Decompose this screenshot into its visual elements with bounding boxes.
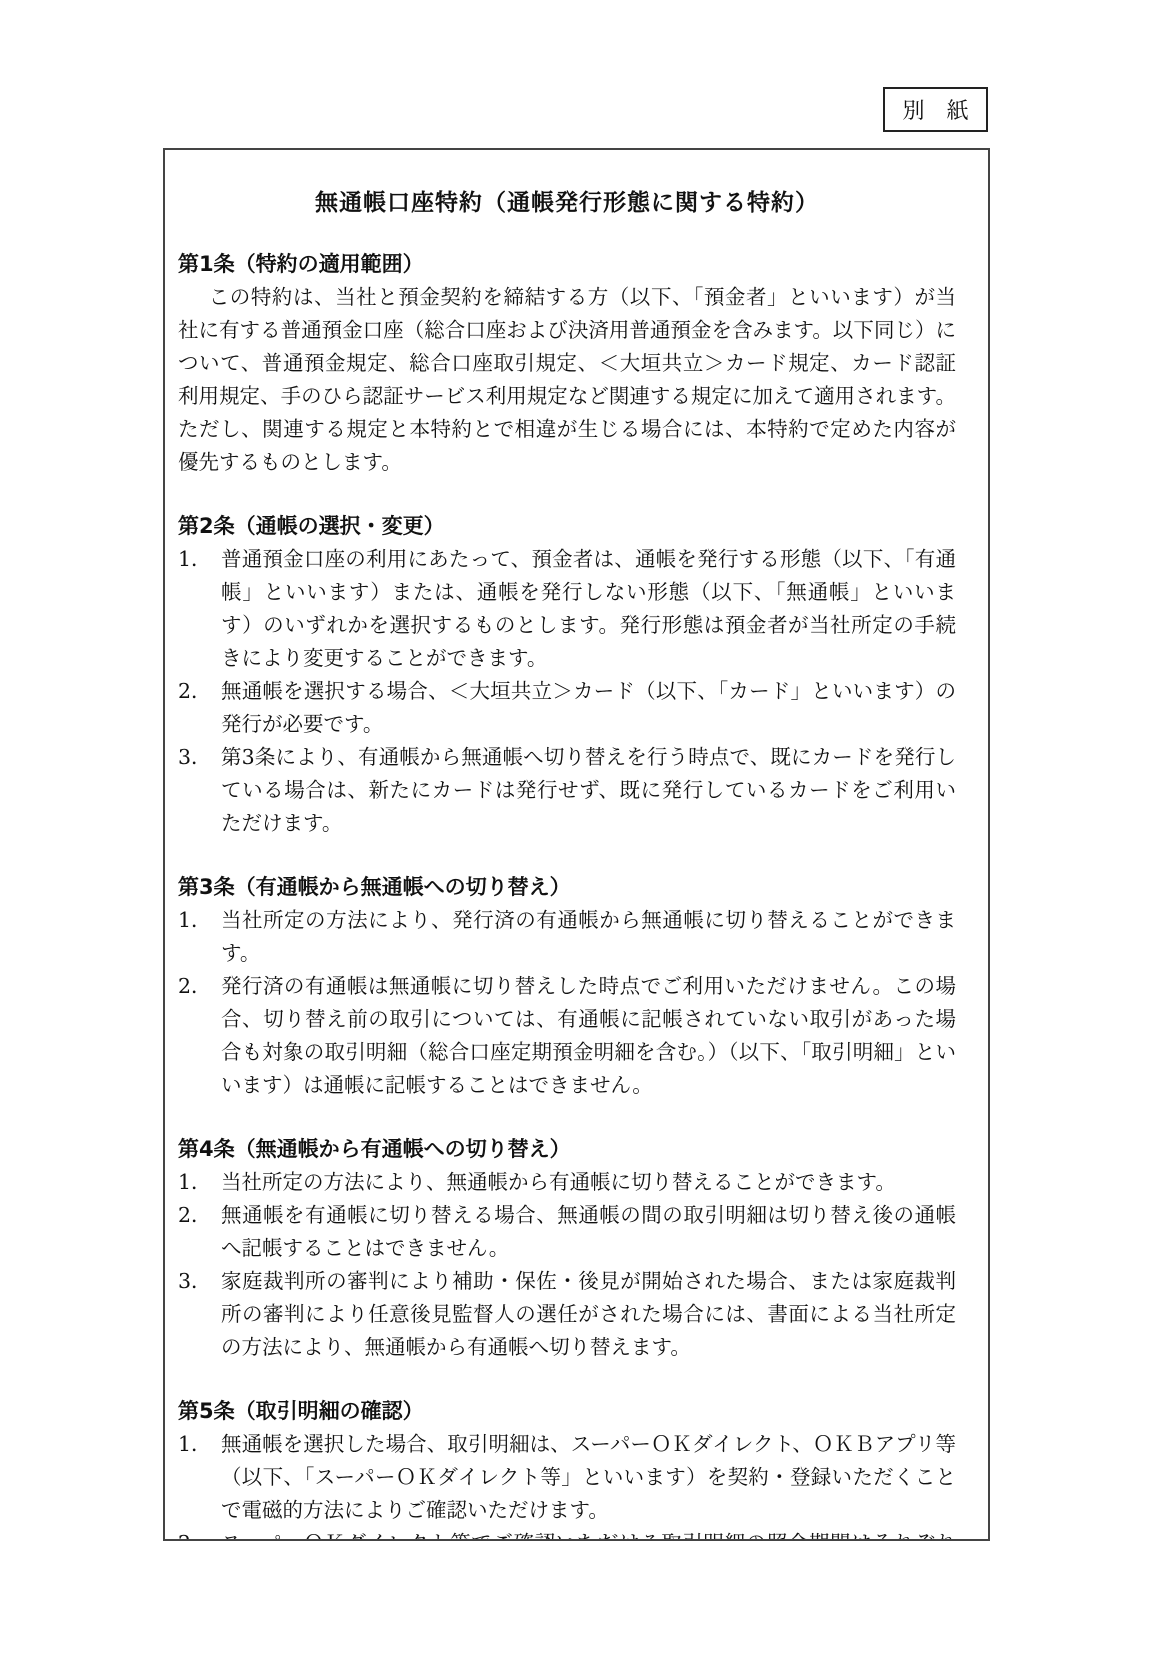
item-text: 当社所定の方法により、無通帳から有通帳に切り替えることができます。: [221, 1166, 956, 1199]
numbered-item: 1． 当社所定の方法により、発行済の有通帳から無通帳に切り替えることができます。: [178, 904, 956, 970]
item-number: 1．: [178, 904, 221, 970]
item-number: 2．: [178, 1199, 221, 1265]
numbered-item: 3． 家庭裁判所の審判により補助・保佐・後見が開始された場合、または家庭裁判所の…: [178, 1265, 956, 1364]
item-text: 当社所定の方法により、発行済の有通帳から無通帳に切り替えることができます。: [221, 904, 956, 970]
numbered-item: 1． 当社所定の方法により、無通帳から有通帳に切り替えることができます。: [178, 1166, 956, 1199]
section-body: 1． 普通預金口座の利用にあたって、預金者は、通帳を発行する形態（以下、「有通帳…: [178, 543, 956, 840]
section-heading: 第5条（取引明細の確認）: [178, 1395, 956, 1428]
section-body: 1． 無通帳を選択した場合、取引明細は、スーパーＯＫダイレクト、ＯＫＢアプリ等（…: [178, 1428, 956, 1541]
attachment-tag-label: 別 紙: [902, 94, 968, 125]
item-text: 無通帳を選択する場合、＜大垣共立＞カード（以下、「カード」といいます）の発行が必…: [221, 675, 956, 741]
section: 第4条（無通帳から有通帳への切り替え） 1． 当社所定の方法により、無通帳から有…: [178, 1133, 956, 1364]
section: 第2条（通帳の選択・変更） 1． 普通預金口座の利用にあたって、預金者は、通帳を…: [178, 510, 956, 840]
numbered-item: 1． 無通帳を選択した場合、取引明細は、スーパーＯＫダイレクト、ＯＫＢアプリ等（…: [178, 1428, 956, 1527]
attachment-tag-box: 別 紙: [883, 87, 988, 132]
section: 第1条（特約の適用範囲） この特約は、当社と預金契約を締結する方（以下、「預金者…: [178, 248, 956, 479]
section-heading: 第3条（有通帳から無通帳への切り替え）: [178, 871, 956, 904]
section-paragraph: この特約は、当社と預金契約を締結する方（以下、「預金者」といいます）が当社に有す…: [178, 281, 956, 479]
item-text: 普通預金口座の利用にあたって、預金者は、通帳を発行する形態（以下、「有通帳」とい…: [221, 543, 956, 675]
numbered-item: 2． 発行済の有通帳は無通帳に切り替えした時点でご利用いただけません。この場合、…: [178, 970, 956, 1102]
numbered-item: 3． 第3条により、有通帳から無通帳へ切り替えを行う時点で、既にカードを発行して…: [178, 741, 956, 840]
document-title: 無通帳口座特約（通帳発行形態に関する特約）: [178, 184, 956, 217]
item-number: 1．: [178, 543, 221, 675]
item-text: スーパーＯＫダイレクト等でご確認いただける取引明細の照会期間はそれぞれ当社所定の…: [221, 1527, 956, 1541]
numbered-item: 1． 普通預金口座の利用にあたって、預金者は、通帳を発行する形態（以下、「有通帳…: [178, 543, 956, 675]
item-text: 第3条により、有通帳から無通帳へ切り替えを行う時点で、既にカードを発行している場…: [221, 741, 956, 840]
section-heading: 第2条（通帳の選択・変更）: [178, 510, 956, 543]
numbered-item: 2． スーパーＯＫダイレクト等でご確認いただける取引明細の照会期間はそれぞれ当社…: [178, 1527, 956, 1541]
item-number: 2．: [178, 970, 221, 1102]
item-number: 3．: [178, 1265, 221, 1364]
sections-container: 第1条（特約の適用範囲） この特約は、当社と預金契約を締結する方（以下、「預金者…: [178, 248, 956, 1541]
numbered-item: 2． 無通帳を選択する場合、＜大垣共立＞カード（以下、「カード」といいます）の発…: [178, 675, 956, 741]
item-number: 2．: [178, 1527, 221, 1541]
item-number: 3．: [178, 741, 221, 840]
item-text: 無通帳を有通帳に切り替える場合、無通帳の間の取引明細は切り替え後の通帳へ記帳する…: [221, 1199, 956, 1265]
item-text: 無通帳を選択した場合、取引明細は、スーパーＯＫダイレクト、ＯＫＢアプリ等（以下、…: [221, 1428, 956, 1527]
item-text: 家庭裁判所の審判により補助・保佐・後見が開始された場合、または家庭裁判所の審判に…: [221, 1265, 956, 1364]
item-text: 発行済の有通帳は無通帳に切り替えした時点でご利用いただけません。この場合、切り替…: [221, 970, 956, 1102]
section-body: この特約は、当社と預金契約を締結する方（以下、「預金者」といいます）が当社に有す…: [178, 281, 956, 479]
section-heading: 第4条（無通帳から有通帳への切り替え）: [178, 1133, 956, 1166]
item-number: 1．: [178, 1166, 221, 1199]
numbered-item: 2． 無通帳を有通帳に切り替える場合、無通帳の間の取引明細は切り替え後の通帳へ記…: [178, 1199, 956, 1265]
item-number: 2．: [178, 675, 221, 741]
document-frame: 無通帳口座特約（通帳発行形態に関する特約） 第1条（特約の適用範囲） この特約は…: [163, 148, 990, 1541]
section-body: 1． 当社所定の方法により、発行済の有通帳から無通帳に切り替えることができます。…: [178, 904, 956, 1102]
item-number: 1．: [178, 1428, 221, 1527]
section-heading: 第1条（特約の適用範囲）: [178, 248, 956, 281]
section-body: 1． 当社所定の方法により、無通帳から有通帳に切り替えることができます。 2． …: [178, 1166, 956, 1364]
section: 第5条（取引明細の確認） 1． 無通帳を選択した場合、取引明細は、スーパーＯＫダ…: [178, 1395, 956, 1541]
section: 第3条（有通帳から無通帳への切り替え） 1． 当社所定の方法により、発行済の有通…: [178, 871, 956, 1102]
